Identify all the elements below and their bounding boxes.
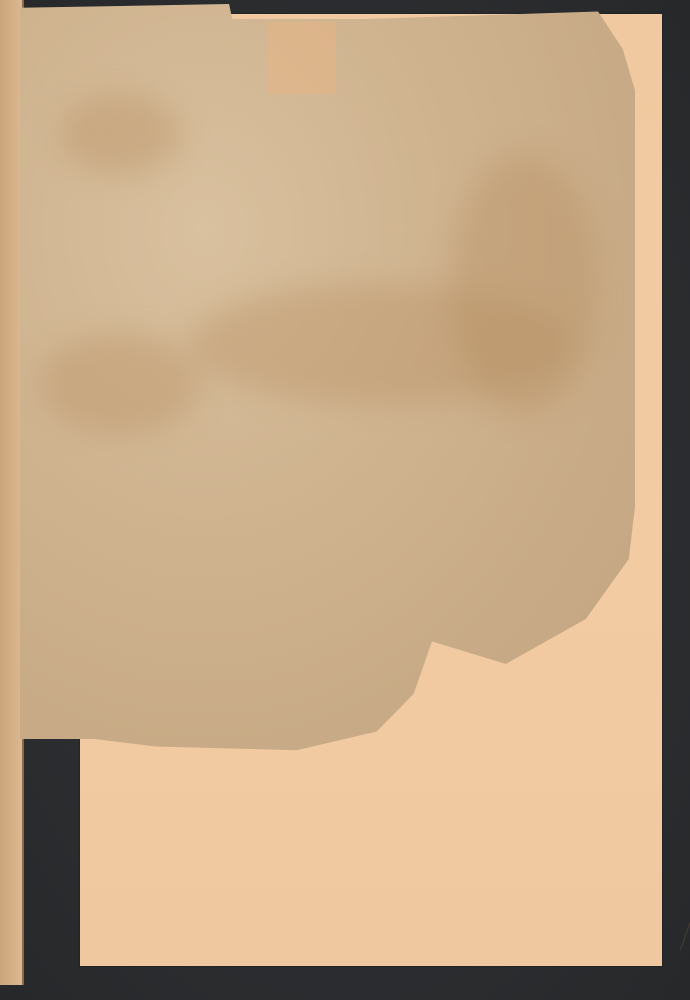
water-stain xyxy=(40,334,200,434)
torn-paper-sheet xyxy=(20,4,635,754)
water-stain xyxy=(450,154,600,414)
water-stain xyxy=(60,94,180,174)
faded-stamp xyxy=(268,22,336,94)
